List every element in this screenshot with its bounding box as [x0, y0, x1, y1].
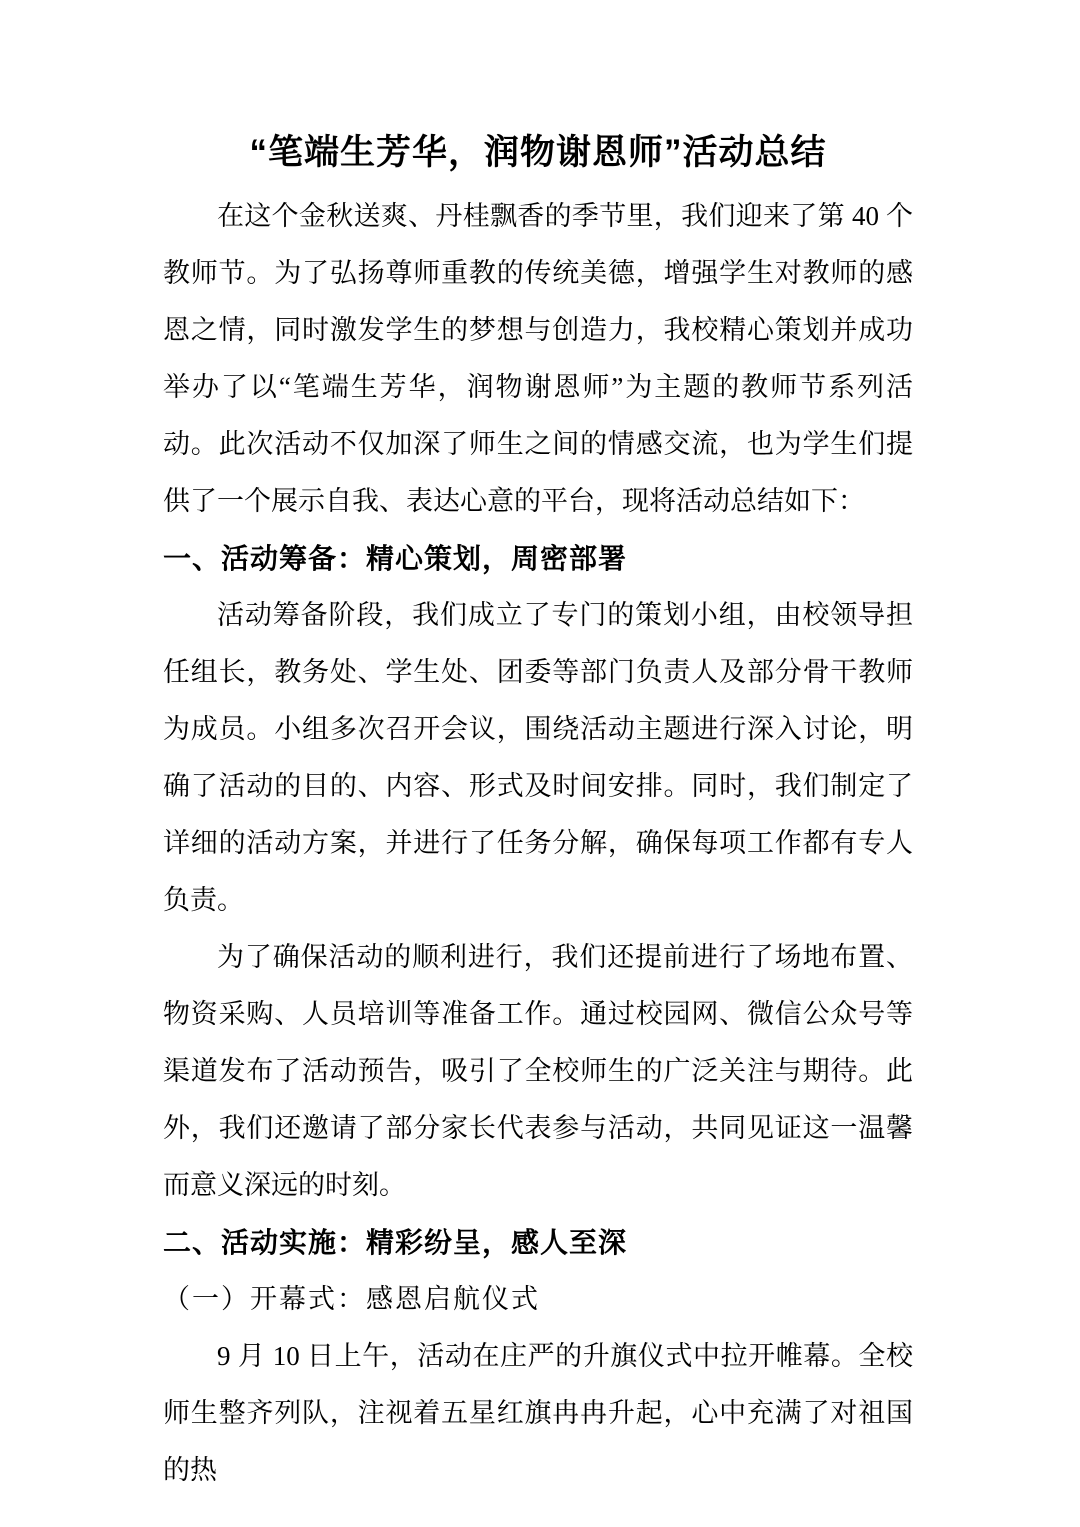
- document-page: “笔端生芳华，润物谢恩师”活动总结 在这个金秋送爽、丹桂飘香的季节里，我们迎来了…: [0, 0, 1080, 1527]
- paragraph-preparation-1: 活动筹备阶段，我们成立了专门的策划小组，由校领导担任组长，教务处、学生处、团委等…: [163, 587, 913, 929]
- subsection-heading-opening-ceremony: （一）开幕式：感恩启航仪式: [163, 1271, 913, 1328]
- section-heading-2: 二、活动实施：精彩纷呈，感人至深: [163, 1214, 913, 1271]
- paragraph-preparation-2: 为了确保活动的顺利进行，我们还提前进行了场地布置、物资采购、人员培训等准备工作。…: [163, 929, 913, 1214]
- document-title: “笔端生芳华，润物谢恩师”活动总结: [163, 126, 913, 180]
- section-heading-1: 一、活动筹备：精心策划，周密部署: [163, 530, 913, 587]
- paragraph-opening-ceremony: 9 月 10 日上午，活动在庄严的升旗仪式中拉开帷幕。全校师生整齐列队，注视着五…: [163, 1328, 913, 1499]
- document-content: “笔端生芳华，润物谢恩师”活动总结 在这个金秋送爽、丹桂飘香的季节里，我们迎来了…: [163, 126, 913, 1499]
- paragraph-intro: 在这个金秋送爽、丹桂飘香的季节里，我们迎来了第 40 个教师节。为了弘扬尊师重教…: [163, 188, 913, 530]
